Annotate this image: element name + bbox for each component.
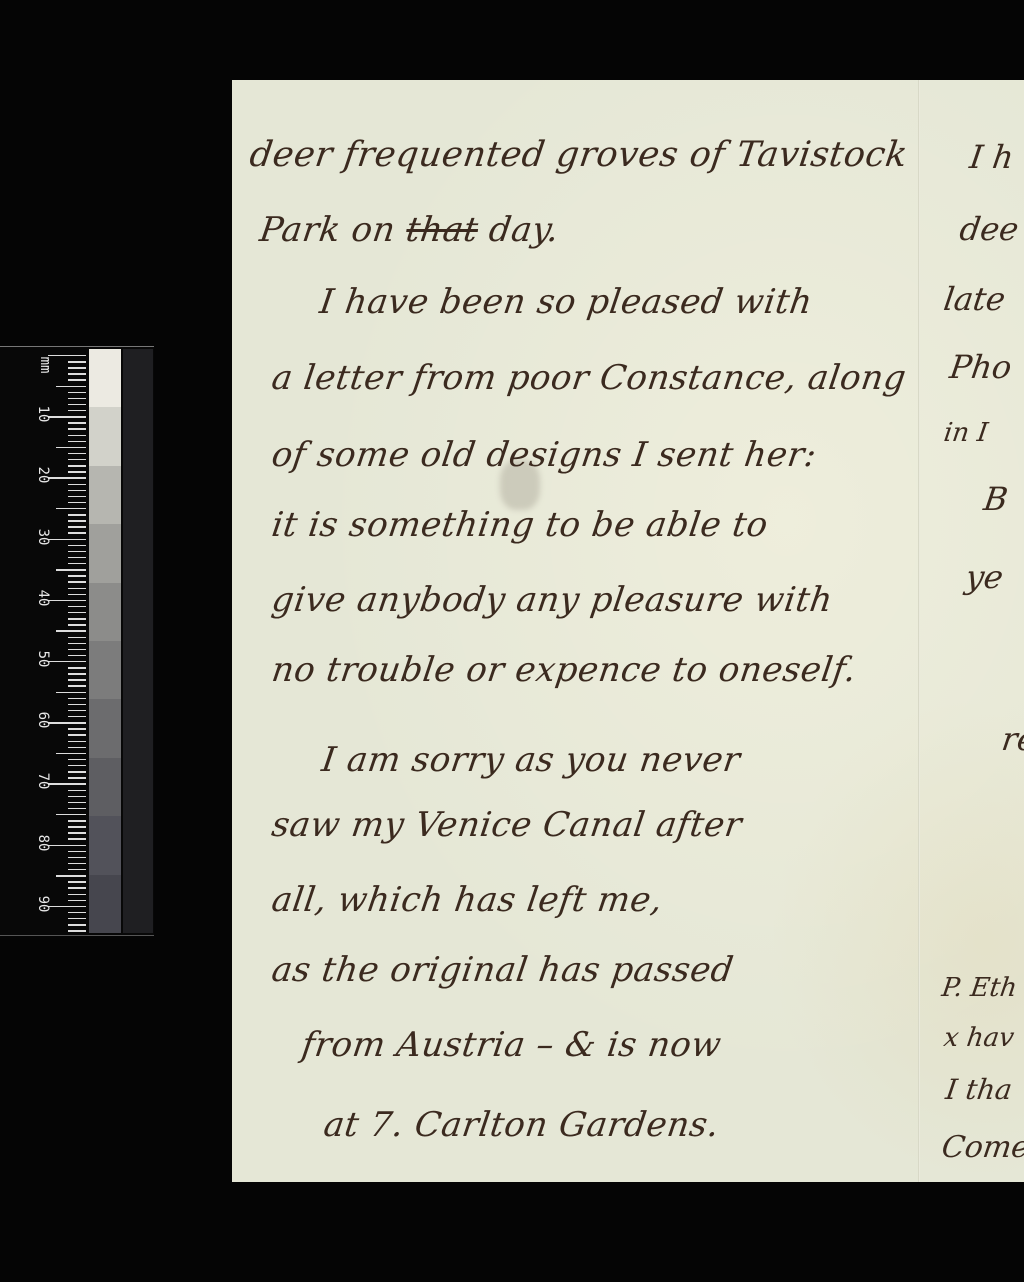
ruler-tick	[68, 673, 86, 674]
ruler-label: 50	[35, 644, 51, 674]
ruler-label: 90	[35, 889, 51, 919]
ruler-tick	[68, 514, 86, 515]
right-fragment-7: ye	[963, 558, 1005, 596]
ruler-tick	[68, 716, 86, 717]
ruler-tick	[68, 704, 86, 705]
ruler-tick	[68, 410, 86, 411]
ruler-tick	[68, 734, 86, 735]
ruler-tick	[68, 698, 86, 699]
ruler-tick	[48, 906, 86, 907]
right-fragment-2: dee	[957, 210, 1021, 248]
ruler-tick	[68, 857, 86, 858]
letter-line-2: Park on that day.	[257, 210, 561, 250]
letter-line-13: from Austria – & is now	[299, 1025, 724, 1065]
ruler-tick	[68, 710, 86, 711]
letter-line-9: I am sorry as you never	[319, 740, 743, 780]
gray-patch	[89, 699, 121, 757]
ruler-tick	[68, 428, 86, 429]
ruler-tick	[68, 575, 86, 576]
right-fragment-5: in I	[942, 418, 990, 448]
ruler-label: 70	[35, 766, 51, 796]
struck-word: that	[404, 210, 481, 250]
right-fragment-6: B	[981, 480, 1010, 518]
right-fragment-8: re	[999, 720, 1024, 758]
dark-reference-strip	[123, 349, 153, 933]
ruler-label: 10	[35, 399, 51, 429]
letter-line-10: saw my Venice Canal after	[269, 805, 744, 845]
ruler-tick	[68, 459, 86, 460]
ruler-tick	[68, 373, 86, 374]
ruler-tick	[68, 435, 86, 436]
ruler-tick	[68, 624, 86, 625]
gray-patch	[89, 524, 121, 582]
ruler-tick	[68, 887, 86, 888]
ruler-tick	[68, 685, 86, 686]
right-fragment-3: late	[941, 280, 1007, 318]
ruler-tick	[68, 838, 86, 839]
ruler-tick	[68, 441, 86, 442]
gray-patch	[89, 641, 121, 699]
ruler-tick	[68, 581, 86, 582]
letter-line-11: all, which has left me,	[269, 880, 665, 920]
ruler-tick	[68, 588, 86, 589]
ruler-tick	[68, 392, 86, 393]
ruler-tick	[56, 692, 86, 693]
ruler-label: 30	[35, 522, 51, 552]
ruler-tick	[56, 447, 86, 448]
ruler-tick	[68, 520, 86, 521]
ruler-label: 60	[35, 705, 51, 735]
ruler-tick	[68, 361, 86, 362]
ruler-tick	[68, 551, 86, 552]
ruler-tick	[68, 496, 86, 497]
ruler-tick	[68, 728, 86, 729]
ruler-tick	[68, 771, 86, 772]
ruler-tick	[68, 851, 86, 852]
line-text: day.	[475, 210, 561, 250]
gray-patch	[89, 758, 121, 816]
ruler-tick	[68, 869, 86, 870]
ruler-tick	[68, 802, 86, 803]
right-fragment-11: I tha	[944, 1073, 1015, 1106]
letter-line-1: deer frequented groves of Tavistock	[247, 135, 910, 175]
ruler-tick	[48, 661, 86, 662]
ruler-tick	[68, 502, 86, 503]
ruler-tick	[68, 820, 86, 821]
ruler-tick	[56, 875, 86, 876]
ruler-tick	[68, 637, 86, 638]
ruler-tick	[68, 563, 86, 564]
ruler-tick	[68, 918, 86, 919]
ruler-tick	[68, 832, 86, 833]
ruler-tick	[68, 796, 86, 797]
letter-line-7: give anybody any pleasure with	[269, 580, 835, 620]
ruler-tick	[68, 367, 86, 368]
letter-line-12: as the original has passed	[269, 950, 736, 990]
ruler-tick	[68, 490, 86, 491]
letter-line-4: a letter from poor Constance, along	[269, 358, 909, 398]
ruler-tick	[68, 557, 86, 558]
letter-line-3: I have been so pleased with	[317, 282, 815, 322]
ruler-tick	[68, 894, 86, 895]
ruler-tick	[68, 826, 86, 827]
ruler-tick	[56, 753, 86, 754]
ruler-tick	[68, 649, 86, 650]
ruler-tick	[48, 539, 86, 540]
ruler-tick	[68, 679, 86, 680]
ruler-tick	[68, 612, 86, 613]
letter-line-5: of some old designs I sent her:	[269, 435, 819, 475]
ruler-tick	[48, 600, 86, 601]
ruler-label: 20	[35, 460, 51, 490]
ruler-tick	[68, 863, 86, 864]
letter-line-14: at 7. Carlton Gardens.	[321, 1105, 722, 1145]
ruler-tick	[68, 777, 86, 778]
ruler-tick	[68, 765, 86, 766]
ruler-tick	[68, 379, 86, 380]
ruler-tick	[68, 532, 86, 533]
ruler-tick	[68, 747, 86, 748]
ruler-tick	[68, 594, 86, 595]
gray-patch	[89, 816, 121, 874]
ruler-tick	[56, 814, 86, 815]
ruler-tick	[68, 667, 86, 668]
gray-patch	[89, 407, 121, 465]
ruler-unit-label: mm	[37, 350, 53, 380]
ruler-tick	[48, 416, 86, 417]
ruler-tick	[48, 783, 86, 784]
ruler-tick	[56, 508, 86, 509]
ruler-tick	[68, 545, 86, 546]
ruler-tick	[68, 759, 86, 760]
ruler-tick	[68, 606, 86, 607]
line-text: Park on	[257, 210, 409, 250]
ruler-tick	[68, 526, 86, 527]
ruler-label: 40	[35, 583, 51, 613]
measurement-ruler: mm 102030405060708090	[0, 346, 154, 936]
grayscale-patches	[89, 349, 121, 933]
ruler-tick	[56, 630, 86, 631]
ruler-tick	[48, 477, 86, 478]
ruler-tick	[68, 398, 86, 399]
gray-patch	[89, 583, 121, 641]
ruler-tick	[48, 722, 86, 723]
ruler-tick	[68, 741, 86, 742]
ruler-tick	[68, 930, 86, 931]
ruler-label: 80	[35, 828, 51, 858]
ruler-tick	[56, 569, 86, 570]
ruler-tick	[68, 471, 86, 472]
ruler-tick	[48, 355, 86, 356]
ruler-tick	[68, 465, 86, 466]
ruler-tick	[68, 808, 86, 809]
ruler-tick	[56, 386, 86, 387]
ruler-tick	[68, 404, 86, 405]
ruler-tick	[68, 453, 86, 454]
right-fragment-12: Come	[940, 1130, 1024, 1165]
right-fragment-4: Pho	[947, 348, 1014, 386]
letter-line-6: it is something to be able to	[269, 505, 770, 545]
ruler-tick	[68, 790, 86, 791]
right-fragment-9: P. Eth	[940, 973, 1019, 1003]
ruler-tick	[68, 900, 86, 901]
ruler-tick	[68, 643, 86, 644]
ruler-tick	[68, 924, 86, 925]
ruler-tick	[68, 618, 86, 619]
gray-patch	[89, 875, 121, 933]
gray-patch	[89, 349, 121, 407]
right-fragment-1: I h	[967, 138, 1016, 176]
ruler-tick	[68, 655, 86, 656]
page-fold	[918, 80, 920, 1182]
ruler-tick	[68, 484, 86, 485]
gray-patch	[89, 466, 121, 524]
ruler-tick	[68, 912, 86, 913]
ruler-tick	[48, 845, 86, 846]
letter-line-8: no trouble or expence to oneself.	[269, 650, 859, 690]
right-fragment-10: x hav	[942, 1023, 1016, 1053]
letter-sheet: deer frequented groves of Tavistock Park…	[232, 80, 1024, 1182]
ruler-tick	[68, 881, 86, 882]
ruler-tick	[68, 422, 86, 423]
